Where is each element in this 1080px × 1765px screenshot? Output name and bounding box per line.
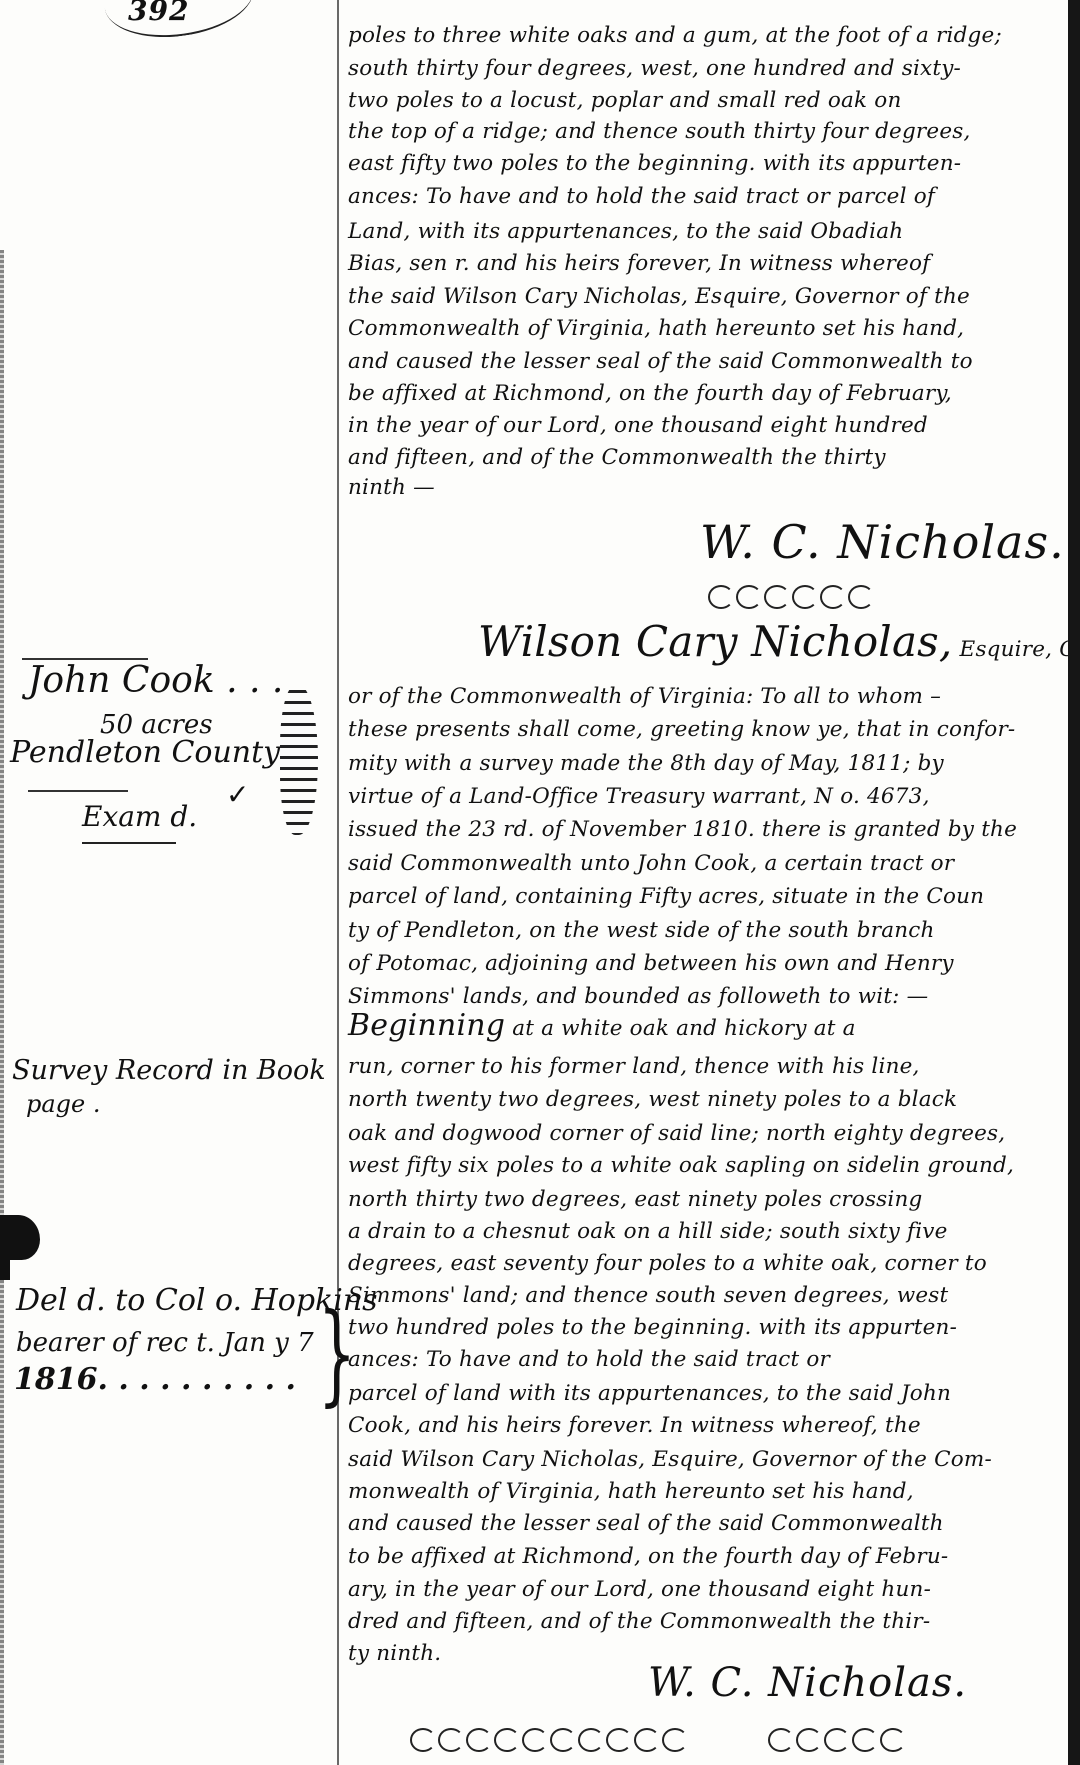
- grant-line: virtue of a Land-Office Treasury warrant…: [348, 783, 930, 811]
- grant-line: parcel of land, containing Fifty acres, …: [348, 883, 984, 911]
- margin-county: Pendleton County: [10, 735, 280, 770]
- prev-line: Commonwealth of Virginia, hath hereunto …: [348, 315, 964, 343]
- grant-line: and caused the lesser seal of the said C…: [348, 1510, 944, 1538]
- prev-line: poles to three white oaks and a gum, at …: [348, 22, 1002, 50]
- grant-line: issued the 23 rd. of November 1810. ther…: [348, 816, 1017, 844]
- signature-flourish-bottom-right-icon: [768, 1728, 906, 1752]
- signature-flourish-bottom-icon: [410, 1728, 688, 1752]
- grant-heading-line: Wilson Cary Nicholas, Esquire, Govern: [478, 628, 1080, 664]
- grant-heading-rest: Esquire, Govern: [960, 637, 1080, 662]
- beginning-rest: at a white oak and hickory at a: [512, 1016, 855, 1041]
- page-number: 392: [128, 0, 189, 27]
- grant-line: west fifty six poles to a white oak sapl…: [348, 1152, 1014, 1180]
- ink-blot-tail: [0, 1250, 10, 1280]
- grant-line: north twenty two degrees, west ninety po…: [348, 1086, 957, 1114]
- prev-line: south thirty four degrees, west, one hun…: [348, 55, 961, 83]
- prev-line: ninth —: [348, 474, 435, 502]
- signature-previous: W. C. Nicholas.: [700, 515, 1065, 569]
- grant-line: Simmons' lands, and bounded as followeth…: [348, 983, 928, 1011]
- grant-line: of Potomac, adjoining and between his ow…: [348, 950, 954, 978]
- grant-line: north thirty two degrees, east ninety po…: [348, 1186, 923, 1214]
- check-mark-icon: ✓: [226, 778, 249, 811]
- grant-line: Cook, and his heirs forever. In witness …: [348, 1412, 921, 1440]
- prev-line: two poles to a locust, poplar and small …: [348, 87, 902, 115]
- scan-border: [1068, 0, 1080, 1765]
- grant-line: run, corner to his former land, thence w…: [348, 1053, 920, 1081]
- grant-line: a drain to a chesnut oak on a hill side;…: [348, 1218, 948, 1246]
- prev-line: ances: To have and to hold the said trac…: [348, 183, 935, 211]
- grant-line: dred and fifteen, and of the Commonwealt…: [348, 1608, 930, 1636]
- prev-line: east fifty two poles to the beginning. w…: [348, 150, 961, 178]
- grant-line: mity with a survey made the 8th day of M…: [348, 750, 944, 778]
- prev-line: Bias, sen r. and his heirs forever, In w…: [348, 250, 930, 278]
- signature-flourish-icon: [708, 585, 874, 609]
- grant-line: or of the Commonwealth of Virginia: To a…: [348, 683, 941, 711]
- grant-line: monwealth of Virginia, hath hereunto set…: [348, 1478, 914, 1506]
- prev-line: and fifteen, and of the Commonwealth the…: [348, 444, 886, 472]
- margin-survey-note: Survey Record in Book: [12, 1055, 326, 1086]
- grant-line: Simmons' land; and thence south seven de…: [348, 1282, 948, 1310]
- margin-grantee-name: John Cook . . .: [28, 660, 283, 701]
- margin-examined-underline: [82, 842, 176, 844]
- coil-flourish-icon: [280, 685, 318, 835]
- prev-line: in the year of our Lord, one thousand ei…: [348, 412, 928, 440]
- margin-delivery-year: 1816. . . . . . . . . .: [14, 1362, 296, 1397]
- prev-line: the said Wilson Cary Nicholas, Esquire, …: [348, 283, 970, 311]
- ledger-page: 392 John Cook . . . 50 acres Pendleton C…: [0, 0, 1068, 1765]
- grant-line: ary, in the year of our Lord, one thousa…: [348, 1576, 931, 1604]
- margin-rule-mid: [28, 790, 128, 792]
- margin-survey-page: page .: [26, 1090, 101, 1118]
- grant-line: degrees, east seventy four poles to a wh…: [348, 1250, 987, 1278]
- margin-rule: [337, 0, 339, 1765]
- prev-line: the top of a ridge; and thence south thi…: [348, 118, 971, 146]
- prev-line: Land, with its appurtenances, to the sai…: [348, 218, 903, 246]
- prev-line: be affixed at Richmond, on the fourth da…: [348, 380, 952, 408]
- margin-delivery-line2: bearer of rec t. Jan y 7: [16, 1328, 314, 1358]
- grant-line: ances: To have and to hold the said trac…: [348, 1346, 830, 1374]
- grant-line: to be affixed at Richmond, on the fourth…: [348, 1543, 948, 1571]
- grant-line: said Commonwealth unto John Cook, a cert…: [348, 850, 954, 878]
- grant-line: oak and dogwood corner of said line; nor…: [348, 1120, 1005, 1148]
- grant-line: ty ninth.: [348, 1640, 441, 1668]
- signature-grant: W. C. Nicholas.: [648, 1660, 967, 1706]
- prev-line: and caused the lesser seal of the said C…: [348, 348, 973, 376]
- page-binding-edge: [0, 250, 4, 1765]
- beginning-word: Beginning: [348, 1008, 505, 1043]
- grant-line: ty of Pendleton, on the west side of the…: [348, 917, 935, 945]
- grant-heading-name: Wilson Cary Nicholas,: [478, 617, 953, 666]
- margin-examined: Exam d.: [82, 800, 197, 833]
- grant-line: two hundred poles to the beginning. with…: [348, 1314, 957, 1342]
- grant-line: these presents shall come, greeting know…: [348, 716, 1015, 744]
- grant-beginning-line: Beginning at a white oak and hickory at …: [348, 1012, 856, 1043]
- grant-line: said Wilson Cary Nicholas, Esquire, Gove…: [348, 1446, 992, 1474]
- grant-line: parcel of land with its appurtenances, t…: [348, 1380, 951, 1408]
